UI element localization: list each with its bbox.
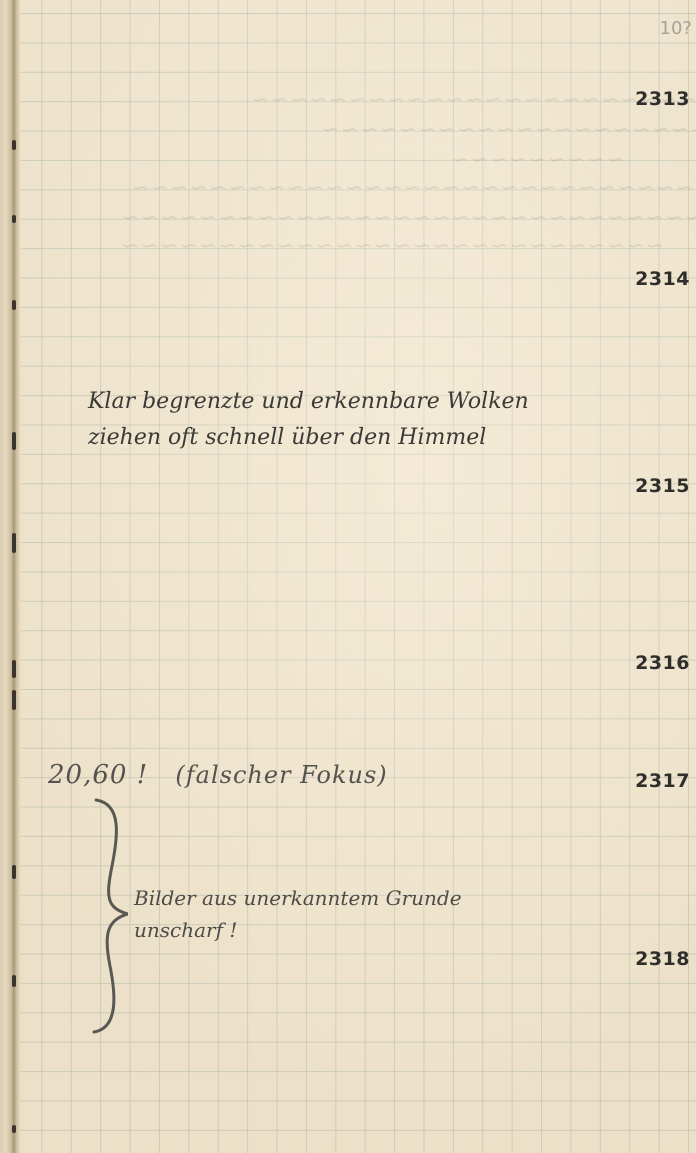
bleed-through-line: ~~~~~~~~~~~~~~~~~~~~~~~~~~~~~~ [120,206,696,231]
entry-number-2313: 2313 [635,88,690,110]
binding-stitch [12,140,16,150]
entry-number-2317: 2317 [635,770,690,792]
bleed-through-line: ~~~~~~~~~~~~~~~~~~~~~~~~~~~~~~~ [130,176,696,201]
entry-number-2316: 2316 [635,652,690,674]
binding-stitch [12,660,16,678]
binding-stitch [12,975,16,987]
entry-number-2314: 2314 [635,268,690,290]
note-blur-line-1: Bilder aus unerkanntem Grunde [134,882,462,914]
bleed-through-line: ~~~~~~~~~~~~~~~~~~~~~~~~~~~~ [120,234,664,259]
binding-stitch [12,865,16,879]
note-blur-line-2: unscharf ! [134,914,462,946]
note-blur: Bilder aus unerkanntem Grunde unscharf ! [134,882,462,946]
bleed-through-line: ~~~~~~~~~~~~~~~~~~~~~~~ [320,118,696,143]
binding-stitch [12,215,16,223]
reading-remark: (falscher Fokus) [175,761,387,789]
binding-stitch [12,1125,16,1133]
notebook-page: ~~~~~~~~~~~~~~~~~~~~~~~~~~~~ ~~~~~~~~~~~… [0,0,696,1153]
binding-stitch [12,533,16,553]
page-binding-edge [0,0,22,1153]
entry-number-2315: 2315 [635,475,690,497]
binding-stitch [12,300,16,310]
note-clouds-line-1: Klar begrenzte und erkennbare Wolken [88,384,529,420]
bleed-through-line: ~~~~~~~~~~~~~~~~~~~~~~~~~~~~ [250,88,696,113]
note-clouds-line-2: ziehen oft schnell über den Himmel [88,420,529,456]
note-clouds: Klar begrenzte und erkennbare Wolken zie… [88,384,529,456]
binding-stitch [12,690,16,710]
page-number: 10? [660,18,692,39]
entry-number-2318: 2318 [635,948,690,970]
curly-brace-icon [88,796,128,1036]
note-reading: 20,60 ! (falscher Fokus) [48,760,388,790]
reading-value: 20,60 ! [48,760,148,790]
binding-stitch [12,432,16,450]
bleed-through-line: ~~~~~~~~~ [450,148,625,173]
